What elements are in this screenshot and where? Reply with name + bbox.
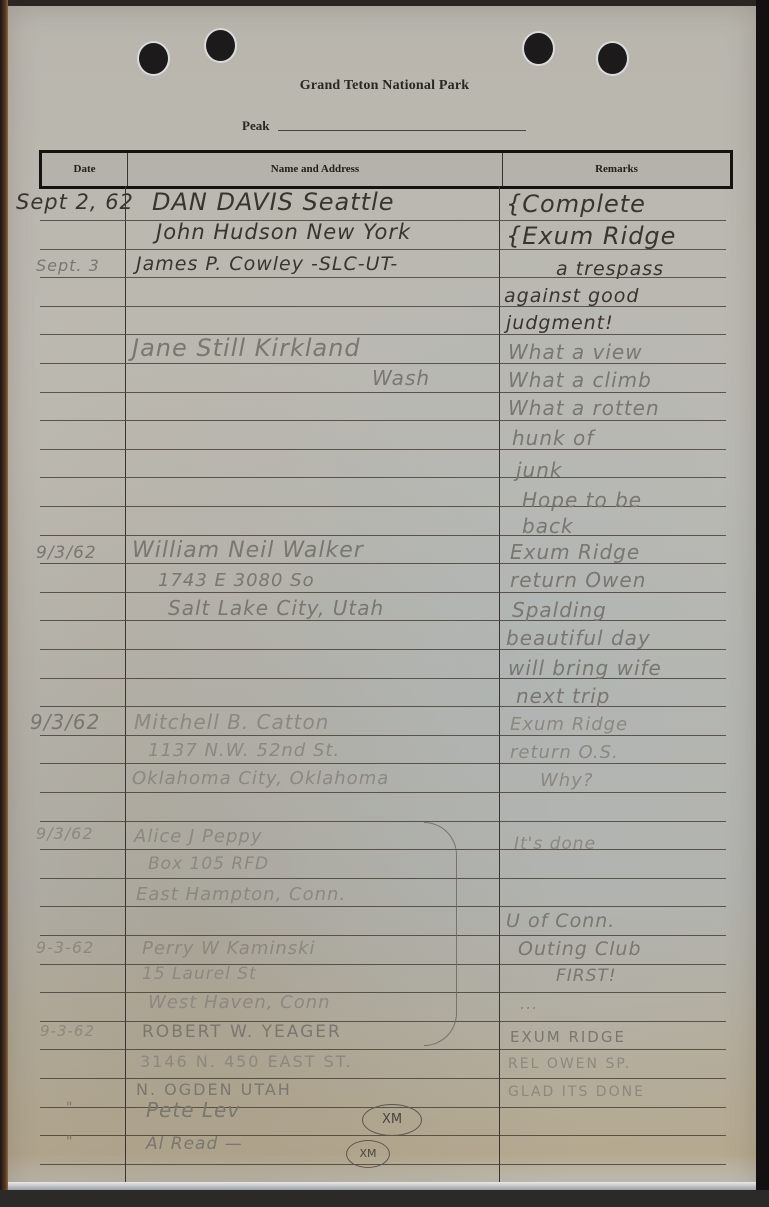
entry-name-line: Perry W Kaminski [142,938,316,959]
column-divider-date [125,186,126,1186]
ruled-line [40,763,726,764]
entry-name-line: 1137 N.W. 52nd St. [148,740,340,761]
entry-name-line: Box 105 RFD [148,854,269,874]
peak-label: Peak [242,118,269,134]
ruled-line [40,906,726,907]
circled-mark: XM [362,1104,422,1136]
entry-remarks-line: {Complete [506,190,646,218]
entry-name-line: West Haven, Conn [148,992,331,1013]
entry-name-line: DAN DAVIS Seattle [152,188,395,216]
entry-name-line: Pete Lev [146,1098,240,1122]
ruled-line [40,1078,726,1079]
ruled-line [40,706,726,707]
entry-date: 9/3/62 [30,710,100,734]
entry-remarks-line: judgment! [506,312,614,334]
entry-remarks-line: GLAD ITS DONE [508,1084,645,1100]
ruled-line [40,992,726,993]
entry-remarks-line: Exum Ridge [510,714,628,735]
entry-date: Sept 2, 62 [16,190,134,214]
entry-remarks-line: back [522,514,574,538]
entry-remarks-line: junk [516,458,563,482]
entry-name-line: James P. Cowley -SLC-UT- [136,253,398,275]
entry-name-line: 15 Laurel St [142,964,257,984]
entry-name-line: Wash [372,366,430,390]
entry-name-line: Jane Still Kirkland [132,334,361,362]
entry-remarks-line: It's done [514,834,596,854]
entry-name-line: John Hudson New York [156,220,411,244]
entry-remarks-line: will bring wife [508,656,662,680]
entry-remarks-line: What a climb [508,368,652,392]
entry-remarks-line: FIRST! [556,966,617,986]
ruled-line [40,420,726,421]
scan-edge-left [0,0,8,1207]
ruled-line [40,878,726,879]
header-date: Date [42,153,127,186]
entry-remarks-line: a trespass [556,258,664,280]
circled-mark: XM [346,1140,390,1168]
ruled-line [40,592,726,593]
ruled-line [40,392,726,393]
entry-name-line: William Neil Walker [132,538,364,563]
entry-name-line: Al Read — [146,1134,243,1154]
entry-remarks-line: Outing Club [518,938,642,960]
entry-name-line: Mitchell B. Catton [134,710,329,734]
ruled-line [40,477,726,478]
ruled-line [40,792,726,793]
entry-remarks-line: What a rotten [508,396,660,420]
entry-name-line: ROBERT W. YEAGER [142,1022,342,1042]
binder-hole [524,33,553,64]
entry-remarks-line: Spalding [512,598,607,622]
ruled-line [40,821,726,822]
binder-hole [206,30,235,61]
ruled-line [40,449,726,450]
entry-name-line: N. OGDEN UTAH [136,1080,292,1099]
scan-background [0,1190,769,1207]
entry-name-line: Salt Lake City, Utah [168,596,384,620]
entry-remarks-line: Hope to be [522,488,642,512]
group-brace [424,822,457,1046]
entry-remarks-line: REL OWEN SP. [508,1056,631,1072]
paper-bottom-edge [8,1182,756,1190]
entry-remarks-line: hunk of [512,426,594,450]
scan-edge-right [756,0,769,1207]
column-divider-remarks [499,186,500,1186]
entry-name-line: Alice J Peppy [134,826,262,847]
entry-date: 9/3/62 [36,543,97,563]
column-header-row: Date Name and Address Remarks [39,150,733,189]
entry-remarks-line: return O.S. [510,742,619,763]
entry-date: Sept. 3 [36,256,100,275]
entry-remarks-line: {Exum Ridge [506,222,676,250]
binder-hole [598,43,627,74]
entry-date-ditto: " [66,1134,73,1150]
entry-date: 9-3-62 [36,938,94,957]
entry-remarks-line: beautiful day [506,626,651,650]
ruled-line [40,735,726,736]
binder-hole [139,43,168,74]
peak-field[interactable] [278,130,526,131]
entry-remarks-line: return Owen [510,568,646,592]
entry-date: 9/3/62 [36,824,94,843]
entry-date-ditto: " [66,1100,73,1116]
entry-remarks-line: against good [504,285,639,307]
ruled-line [40,935,726,936]
entry-name-line: Oklahoma City, Oklahoma [132,768,389,789]
park-title: Grand Teton National Park [0,78,769,94]
entry-remarks-line: What a view [508,340,643,364]
ruled-line [40,620,726,621]
ruled-line [40,849,726,850]
entry-name-line: East Hampton, Conn. [136,884,346,905]
entry-date: 9-3-62 [40,1022,95,1040]
entry-remarks-line: Why? [540,770,593,791]
header-name-address: Name and Address [128,153,502,186]
ruled-line [40,535,726,536]
ruled-line [40,1049,726,1050]
entry-remarks-line: next trip [516,684,610,708]
entry-remarks-line: Exum Ridge [510,540,640,564]
entry-name-line: 3146 N. 450 EAST ST. [140,1052,353,1071]
entry-remarks-line: U of Conn. [506,910,615,932]
entry-remarks-line: EXUM RIDGE [510,1028,626,1046]
entry-remarks-line: ... [520,994,538,1013]
entry-name-line: 1743 E 3080 So [158,570,315,591]
header-remarks: Remarks [503,153,730,186]
